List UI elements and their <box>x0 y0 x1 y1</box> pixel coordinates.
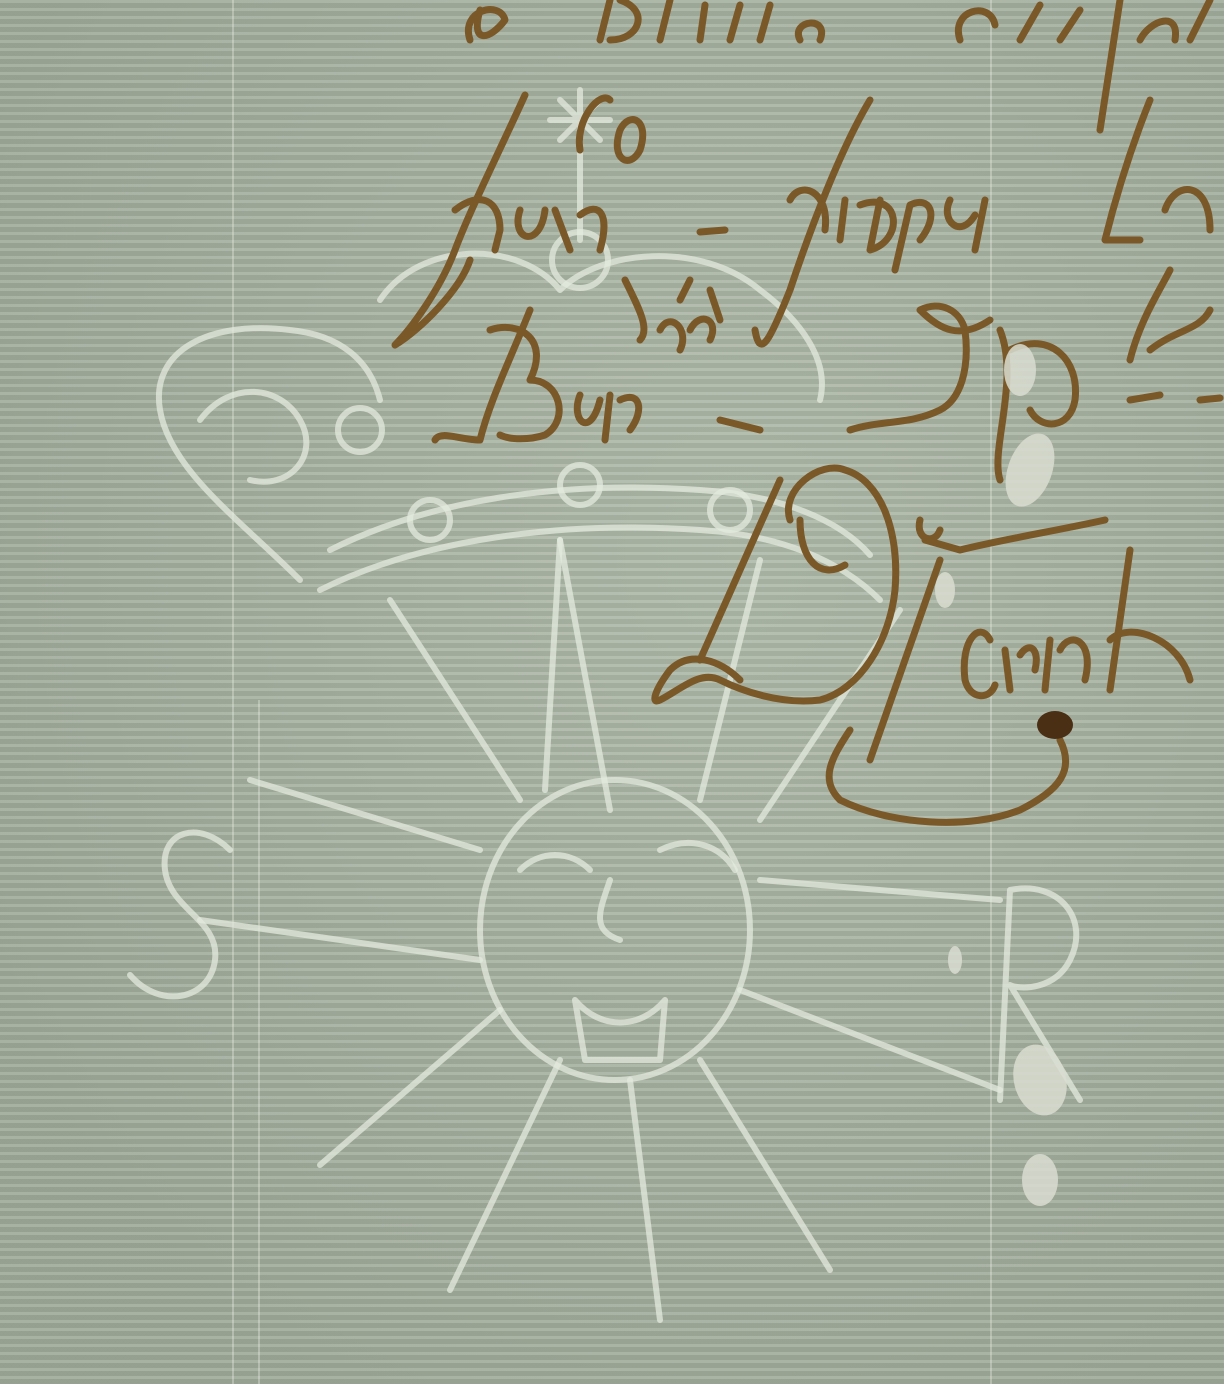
line-1-text <box>468 0 1210 130</box>
line-3-text <box>435 270 1220 480</box>
handwriting <box>0 0 1224 1384</box>
signature-text <box>655 468 1190 822</box>
line-2-text <box>395 95 1210 345</box>
document-page: Fran.co Feipes La... D.n Carlos Crowned … <box>0 0 1224 1384</box>
wax-damage-spots <box>935 344 1074 1206</box>
